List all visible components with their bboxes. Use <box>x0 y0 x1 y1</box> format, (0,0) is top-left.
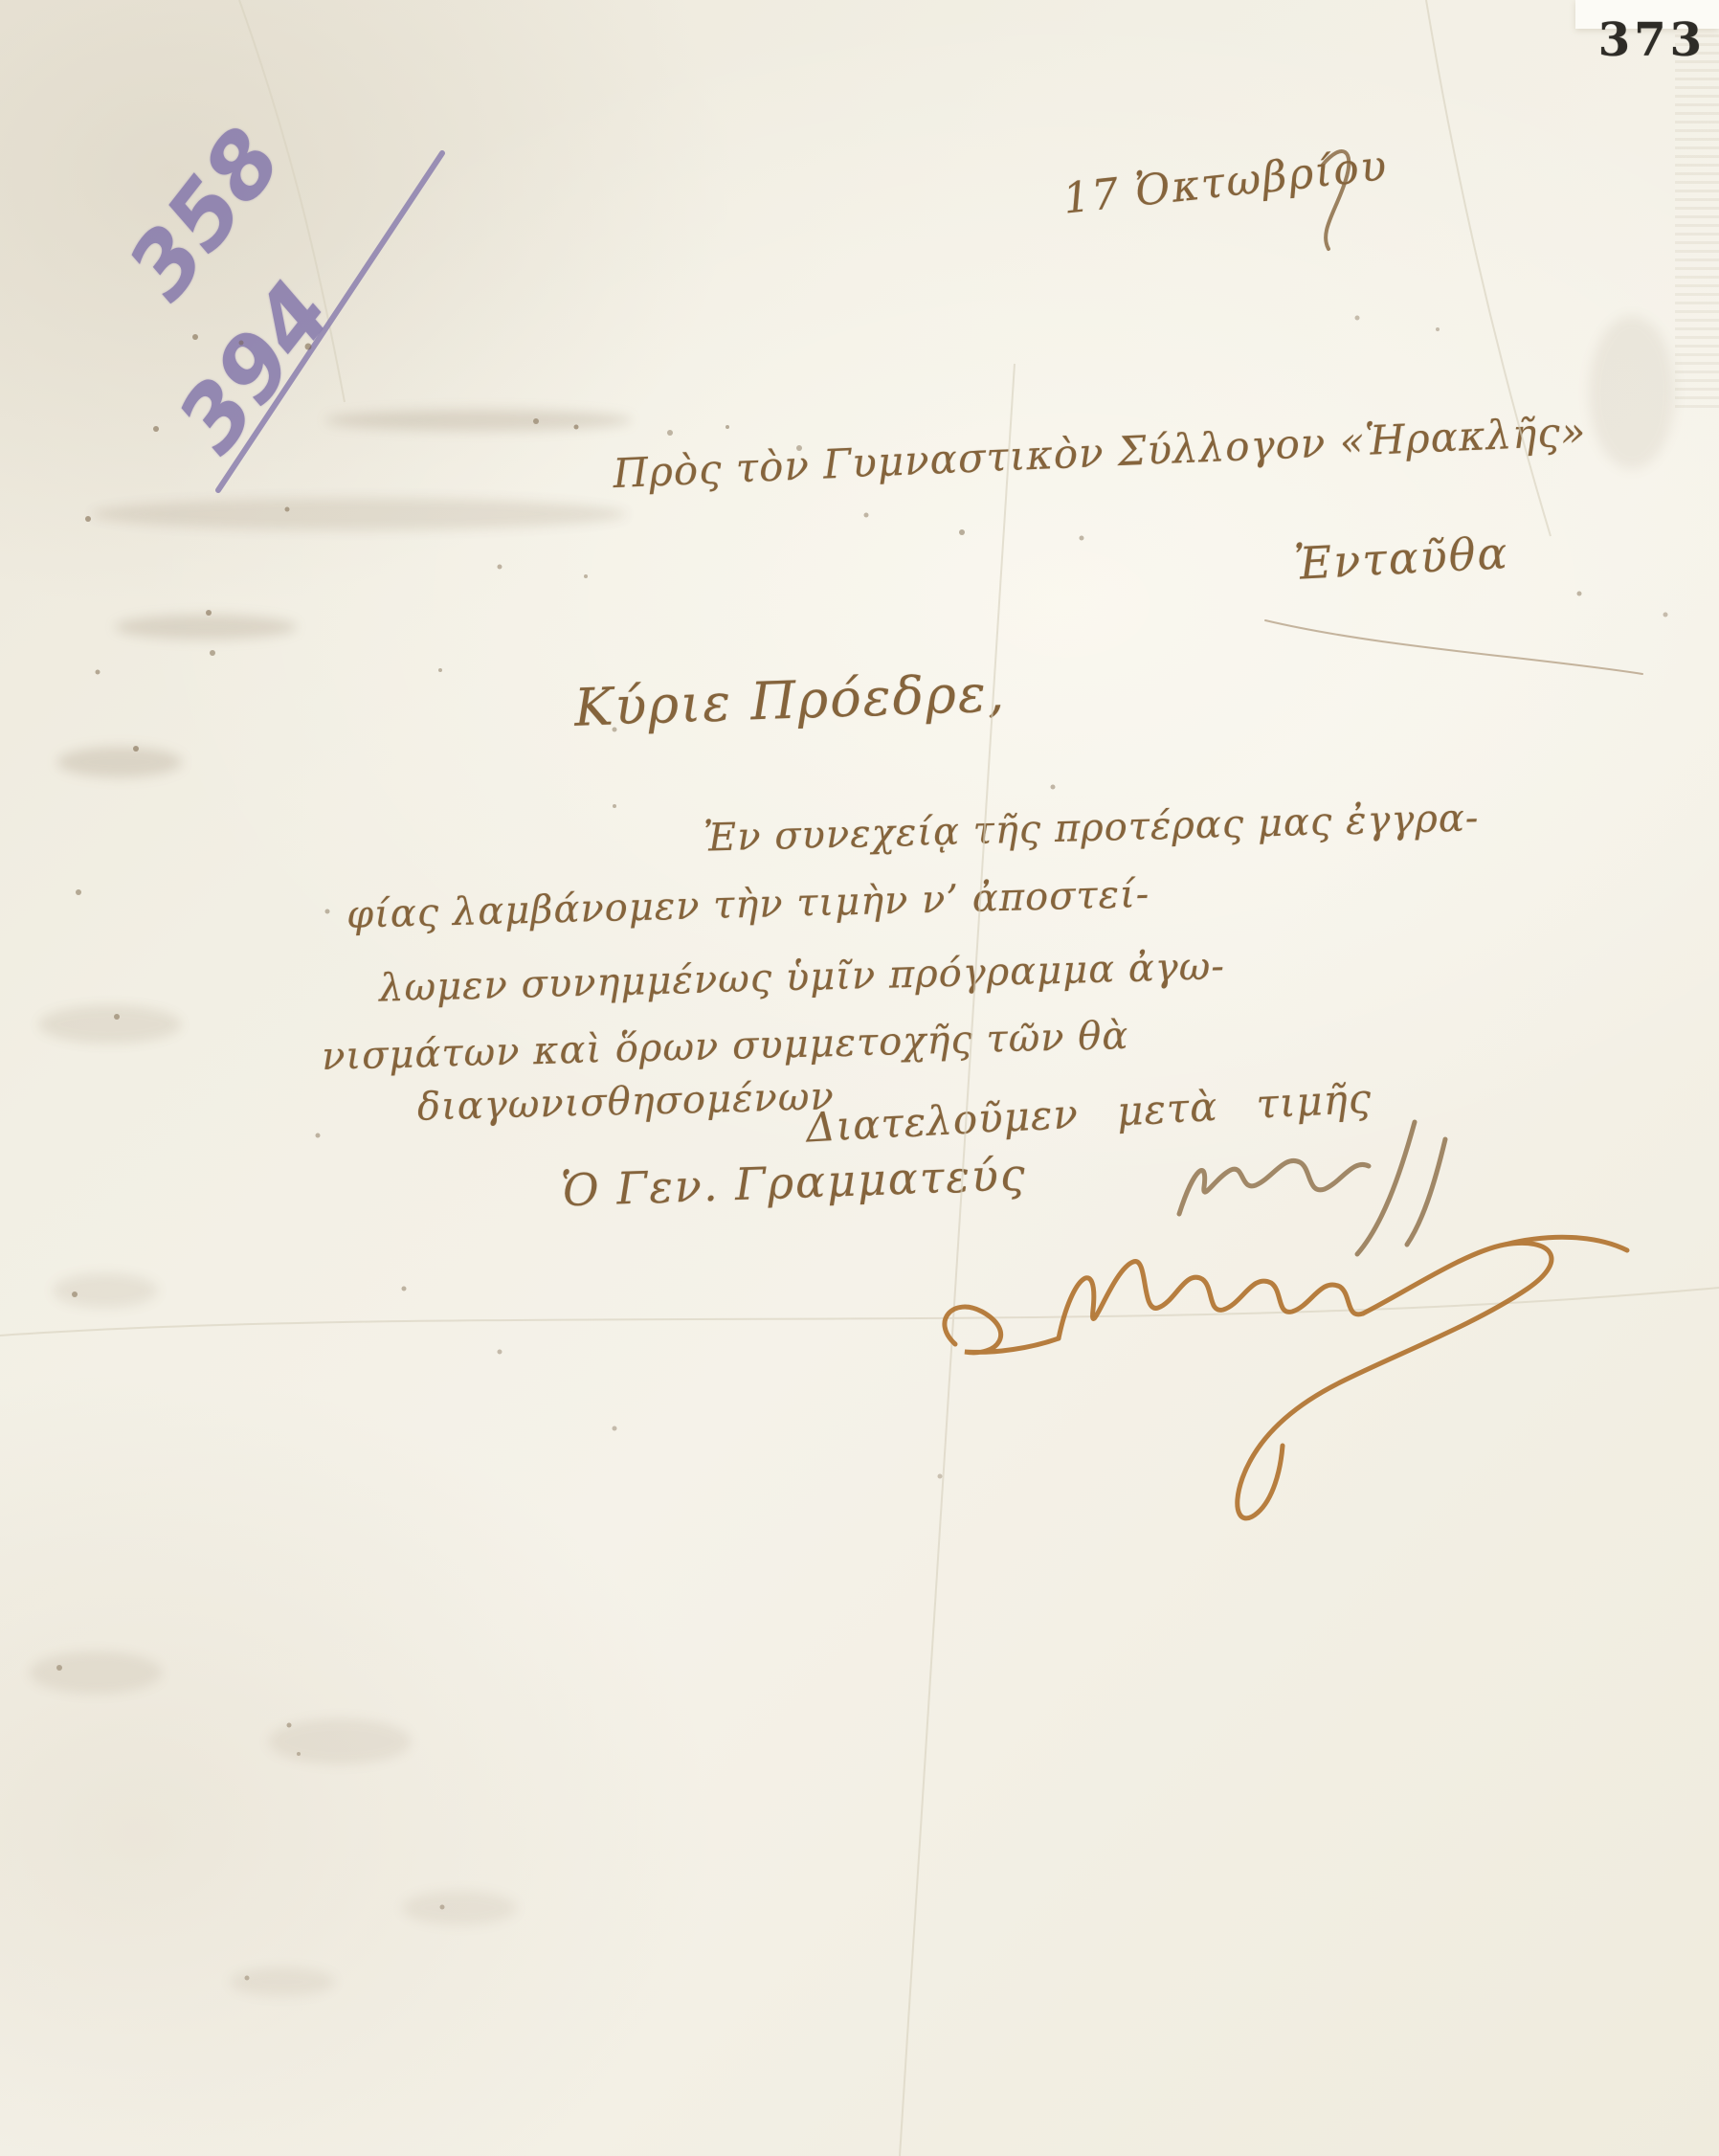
ink-specks <box>56 316 1668 1981</box>
crease-lines <box>0 0 1719 2156</box>
closing-scribble <box>1179 1122 1445 1254</box>
scanned-letter-page: 373 358 394 17 Ὀκτωβρίου Πρὸς τὸν Γυμνασ… <box>0 0 1719 2156</box>
ink-overlay <box>0 0 1719 2156</box>
underline-flourish <box>1265 620 1642 674</box>
signature-flourish <box>945 1237 1627 1518</box>
date-flourish <box>1323 151 1349 249</box>
archive-number-slash <box>218 153 442 490</box>
